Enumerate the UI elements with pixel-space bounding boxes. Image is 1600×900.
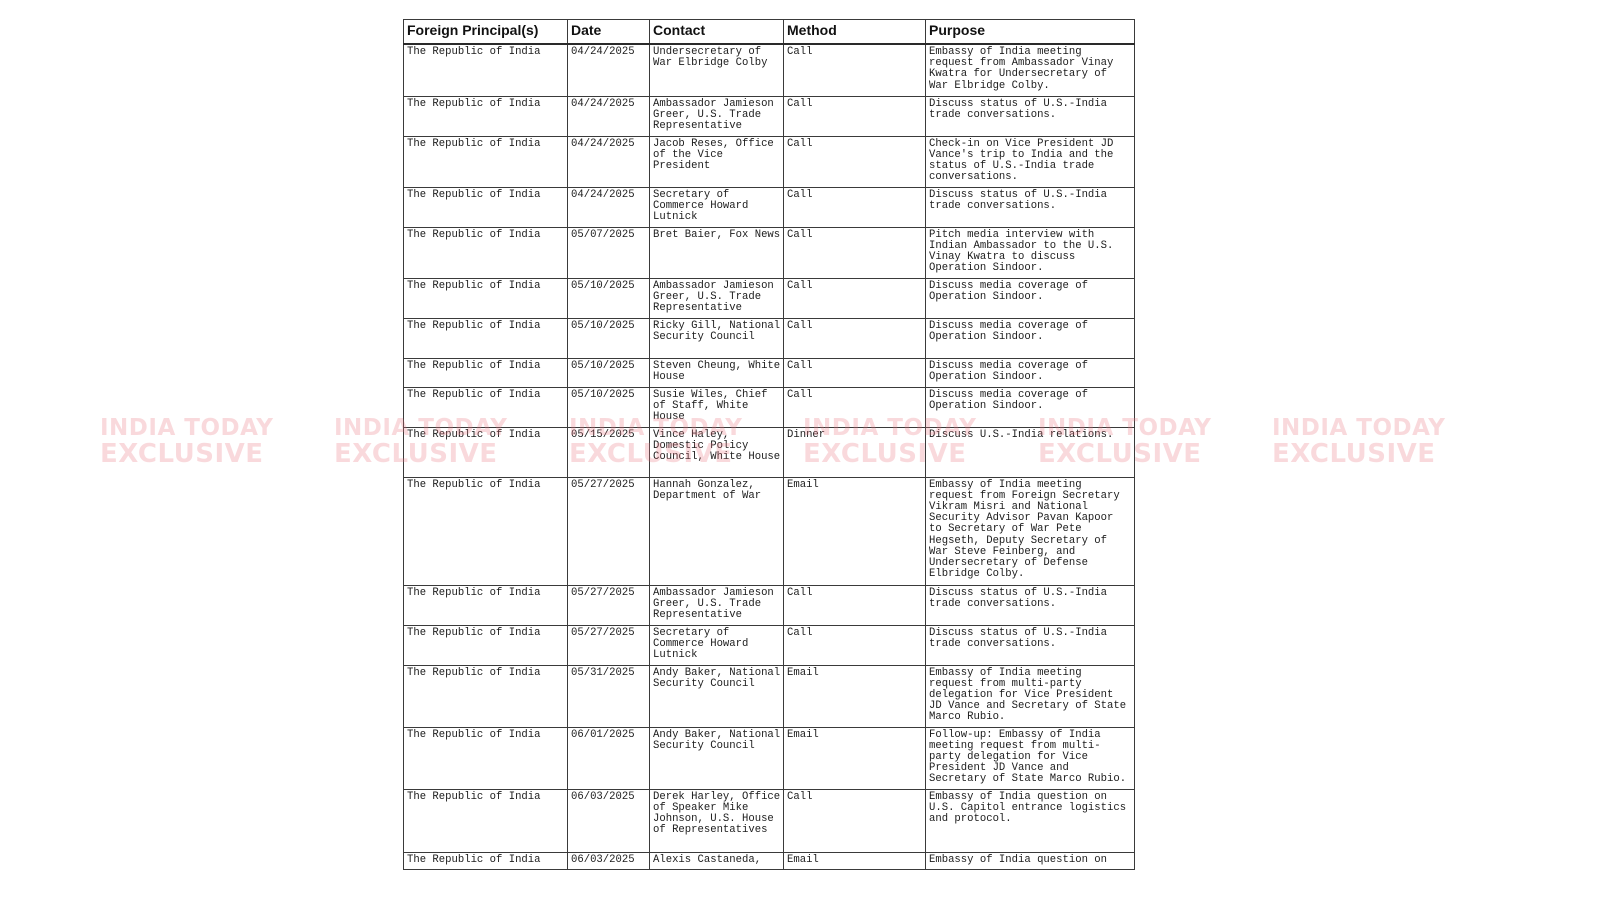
principal-cell: The Republic of India [404,358,568,387]
header-purpose: Purpose [926,20,1135,45]
date-cell: 05/27/2025 [568,625,650,665]
principal-cell: The Republic of India [404,789,568,852]
table-row: The Republic of India04/24/2025Secretary… [404,187,1135,227]
table-row: The Republic of India05/15/2025Vince Hal… [404,427,1135,477]
table-row: The Republic of India05/10/2025Susie Wil… [404,387,1135,427]
purpose-cell: Discuss media coverage of Operation Sind… [926,278,1135,318]
method-cell: Call [784,585,926,625]
contact-cell: Jacob Reses, Office of the Vice Presiden… [650,136,784,187]
contact-cell: Alexis Castaneda, [650,852,784,869]
purpose-cell: Discuss status of U.S.-India trade conve… [926,585,1135,625]
principal-cell: The Republic of India [404,136,568,187]
method-cell: Call [784,227,926,278]
contact-cell: Ambassador Jamieson Greer, U.S. Trade Re… [650,96,784,136]
table-row: The Republic of India06/03/2025Derek Har… [404,789,1135,852]
principal-cell: The Republic of India [404,852,568,869]
table-row: The Republic of India05/27/2025Ambassado… [404,585,1135,625]
date-cell: 06/03/2025 [568,789,650,852]
purpose-cell: Embassy of India meeting request from Am… [926,44,1135,96]
method-cell: Call [784,278,926,318]
date-cell: 04/24/2025 [568,44,650,96]
method-cell: Call [784,187,926,227]
table-row: The Republic of India06/01/2025Andy Bake… [404,727,1135,789]
date-cell: 05/27/2025 [568,477,650,585]
method-cell: Email [784,665,926,727]
purpose-cell: Embassy of India meeting request from Fo… [926,477,1135,585]
purpose-cell: Follow-up: Embassy of India meeting requ… [926,727,1135,789]
method-cell: Dinner [784,427,926,477]
principal-cell: The Republic of India [404,96,568,136]
purpose-cell: Discuss status of U.S.-India trade conve… [926,187,1135,227]
purpose-cell: Embassy of India question on [926,852,1135,869]
date-cell: 05/10/2025 [568,278,650,318]
table-header-row: Foreign Principal(s) Date Contact Method… [404,20,1135,45]
table-row: The Republic of India04/24/2025Ambassado… [404,96,1135,136]
date-cell: 05/31/2025 [568,665,650,727]
watermark-line2: EXCLUSIVE [1272,441,1445,467]
table-row: The Republic of India04/24/2025Jacob Res… [404,136,1135,187]
method-cell: Email [784,852,926,869]
principal-cell: The Republic of India [404,318,568,358]
contact-cell: Hannah Gonzalez, Department of War [650,477,784,585]
table-body: The Republic of India04/24/2025Undersecr… [404,44,1135,869]
header-method: Method [784,20,926,45]
contact-cell: Secretary of Commerce Howard Lutnick [650,625,784,665]
contacts-table: Foreign Principal(s) Date Contact Method… [403,19,1135,870]
table-row: The Republic of India05/10/2025Ambassado… [404,278,1135,318]
header-contact: Contact [650,20,784,45]
purpose-cell: Embassy of India meeting request from mu… [926,665,1135,727]
purpose-cell: Discuss status of U.S.-India trade conve… [926,625,1135,665]
contact-cell: Undersecretary of War Elbridge Colby [650,44,784,96]
principal-cell: The Republic of India [404,187,568,227]
table-row: The Republic of India05/10/2025Steven Ch… [404,358,1135,387]
purpose-cell: Discuss U.S.-India relations. [926,427,1135,477]
purpose-cell: Pitch media interview with Indian Ambass… [926,227,1135,278]
method-cell: Call [784,318,926,358]
header-foreign-principal: Foreign Principal(s) [404,20,568,45]
method-cell: Email [784,727,926,789]
principal-cell: The Republic of India [404,585,568,625]
watermark-line1: INDIA TODAY [100,415,273,441]
watermark-line2: EXCLUSIVE [100,441,273,467]
header-date: Date [568,20,650,45]
date-cell: 05/15/2025 [568,427,650,477]
method-cell: Call [784,358,926,387]
table-row: The Republic of India05/27/2025Secretary… [404,625,1135,665]
principal-cell: The Republic of India [404,727,568,789]
method-cell: Call [784,96,926,136]
method-cell: Email [784,477,926,585]
method-cell: Call [784,136,926,187]
contact-cell: Andy Baker, National Security Council [650,665,784,727]
table-row: The Republic of India04/24/2025Undersecr… [404,44,1135,96]
method-cell: Call [784,44,926,96]
contact-cell: Ambassador Jamieson Greer, U.S. Trade Re… [650,585,784,625]
contact-cell: Andy Baker, National Security Council [650,727,784,789]
date-cell: 04/24/2025 [568,136,650,187]
principal-cell: The Republic of India [404,477,568,585]
purpose-cell: Check-in on Vice President JD Vance's tr… [926,136,1135,187]
table-row: The Republic of India06/03/2025Alexis Ca… [404,852,1135,869]
registration-document: Foreign Principal(s) Date Contact Method… [403,19,1134,870]
contact-cell: Secretary of Commerce Howard Lutnick [650,187,784,227]
watermark: INDIA TODAYEXCLUSIVE [100,415,273,467]
principal-cell: The Republic of India [404,278,568,318]
principal-cell: The Republic of India [404,387,568,427]
principal-cell: The Republic of India [404,665,568,727]
method-cell: Call [784,789,926,852]
date-cell: 05/07/2025 [568,227,650,278]
date-cell: 04/24/2025 [568,187,650,227]
contact-cell: Steven Cheung, White House [650,358,784,387]
watermark: INDIA TODAYEXCLUSIVE [1272,415,1445,467]
table-row: The Republic of India05/31/2025Andy Bake… [404,665,1135,727]
method-cell: Call [784,387,926,427]
date-cell: 06/01/2025 [568,727,650,789]
method-cell: Call [784,625,926,665]
table-row: The Republic of India05/07/2025Bret Baie… [404,227,1135,278]
watermark-line1: INDIA TODAY [1272,415,1445,441]
table-row: The Republic of India05/10/2025Ricky Gil… [404,318,1135,358]
contact-cell: Vince Haley, Domestic Policy Council, Wh… [650,427,784,477]
date-cell: 05/27/2025 [568,585,650,625]
principal-cell: The Republic of India [404,227,568,278]
contact-cell: Derek Harley, Office of Speaker Mike Joh… [650,789,784,852]
date-cell: 05/10/2025 [568,387,650,427]
purpose-cell: Discuss status of U.S.-India trade conve… [926,96,1135,136]
purpose-cell: Discuss media coverage of Operation Sind… [926,387,1135,427]
purpose-cell: Embassy of India question on U.S. Capito… [926,789,1135,852]
purpose-cell: Discuss media coverage of Operation Sind… [926,358,1135,387]
contact-cell: Susie Wiles, Chief of Staff, White House [650,387,784,427]
contact-cell: Ricky Gill, National Security Council [650,318,784,358]
principal-cell: The Republic of India [404,44,568,96]
purpose-cell: Discuss media coverage of Operation Sind… [926,318,1135,358]
date-cell: 04/24/2025 [568,96,650,136]
date-cell: 05/10/2025 [568,358,650,387]
date-cell: 05/10/2025 [568,318,650,358]
contact-cell: Bret Baier, Fox News [650,227,784,278]
date-cell: 06/03/2025 [568,852,650,869]
table-row: The Republic of India05/27/2025Hannah Go… [404,477,1135,585]
principal-cell: The Republic of India [404,427,568,477]
principal-cell: The Republic of India [404,625,568,665]
contact-cell: Ambassador Jamieson Greer, U.S. Trade Re… [650,278,784,318]
